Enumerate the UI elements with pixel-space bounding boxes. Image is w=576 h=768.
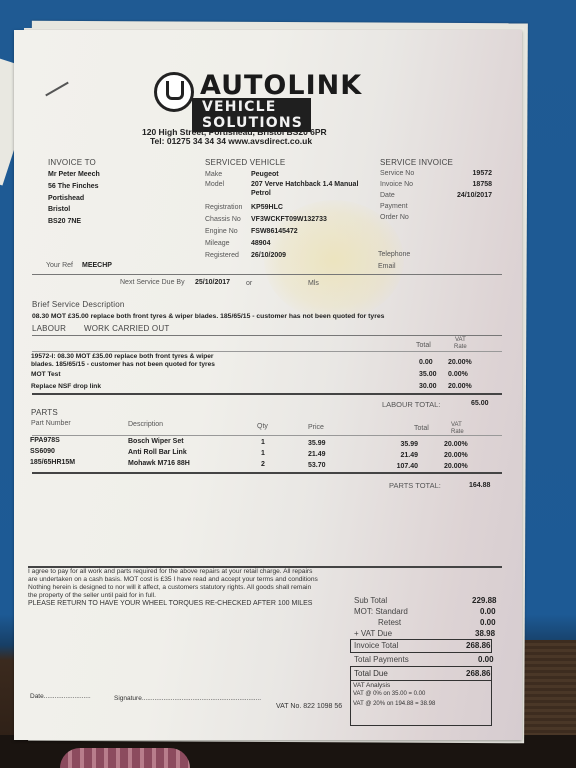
labour-col-vat: VAT [455,337,466,343]
labour-total: 30.00 [419,383,437,390]
vehicle-field-label: Registration [205,204,242,211]
parts-col-total: Total [414,425,429,432]
vehicle-field-label: Make [205,171,222,178]
customer-line: BS20 7NE [48,218,81,225]
parts-col-part-number: Part Number [31,420,71,427]
labour-description: Replace NSF drop link [31,383,101,390]
part-vat-rate: 20.00% [444,463,468,470]
invoice-sheet: AUTOLINK VEHICLE SOLUTIONS 120 High Stre… [14,30,522,740]
labour-col-total: Total [416,342,431,349]
brief-description-heading: Brief Service Description [32,300,125,309]
labour-vat-rate: 0.00% [448,371,468,378]
labour-total-value: 65.00 [471,400,489,407]
parts-col-description: Description [128,421,163,428]
parts-total-value: 164.88 [469,482,490,489]
vehicle-field-label: Model [205,181,224,188]
signature-line: Signature...............................… [114,695,261,702]
total-due-label: Total Due [354,669,388,678]
brief-description-text: 08.30 MOT £35.00 replace both front tyre… [32,313,384,320]
labour-total: 35.00 [419,371,437,378]
invoice-total-label: Invoice Total [354,641,398,650]
labour-col-vat-rate: Rate [454,344,467,350]
total-payments-value: 0.00 [478,655,494,664]
part-total: 21.49 [400,452,418,459]
labour-total: 0.00 [419,359,433,366]
part-number: 185/65HR15M [30,459,75,466]
telephone-label: Telephone [378,251,410,258]
parts-total-label: PARTS TOTAL: [389,481,441,490]
invoice-total-value: 268.86 [466,641,490,650]
service-invoice-heading: SERVICE INVOICE [380,158,453,167]
customer-line: 56 The Finches [48,183,99,190]
vehicle-field-label: Mileage [205,240,230,247]
labour-description: MOT Test [31,371,61,378]
service-field-label: Payment [380,203,408,210]
vehicle-field-value: Petrol [251,190,271,197]
part-qty: 1 [261,439,265,446]
part-description: Mohawk M716 88H [128,460,190,467]
terms-line: are undertaken on a cash basis. MOT cost… [28,576,318,584]
labour-vat-rate: 20.00% [448,383,472,390]
labour-total-label: LABOUR TOTAL: [382,400,440,409]
your-ref-label: Your Ref [46,262,73,269]
total-due-value: 268.86 [466,669,490,678]
part-vat-rate: 20.00% [444,441,468,448]
part-vat-rate: 20.00% [444,452,468,459]
parts-heading: PARTS [31,408,58,417]
invoice-to-heading: INVOICE TO [48,158,96,167]
vehicle-field-value: 26/10/2009 [251,252,286,259]
vehicle-field-value: FSW86145472 [251,228,298,235]
vehicle-field-label: Registered [205,252,239,259]
part-description: Anti Roll Bar Link [128,449,187,456]
customer-line: Mr Peter Meech [48,171,100,178]
service-field-value: 24/10/2017 [457,192,492,199]
service-field-label: Order No [380,214,409,221]
service-field-label: Invoice No [380,181,413,188]
company-name: AUTOLINK [200,70,362,101]
retest-value: 0.00 [480,618,496,627]
retest-label: Retest [378,618,401,627]
part-qty: 2 [261,461,265,468]
part-description: Bosch Wiper Set [128,438,184,445]
labour-vat-rate: 20.00% [448,359,472,366]
part-price: 35.99 [308,440,326,447]
part-number: SS6090 [30,448,55,455]
vat-analysis-heading: VAT Analysis [353,682,390,689]
company-contact: Tel: 01275 34 34 34 www.avsdirect.co.uk [150,136,312,146]
autolink-logo-icon [154,72,194,112]
customer-line: Bristol [48,206,70,213]
mot-standard-value: 0.00 [480,607,496,616]
terms-line: the property of the seller until paid fo… [28,592,156,600]
service-field-label: Date [380,192,395,199]
vat-analysis-line: VAT @ 20% on 194.88 = 38.98 [353,701,435,707]
divider [32,351,502,352]
parts-col-qty: Qty [257,423,268,430]
sub-total-value: 229.88 [472,596,496,605]
total-payments-label: Total Payments [354,655,409,664]
fabric-item [60,748,190,768]
mot-standard-label: MOT: Standard [354,607,408,616]
service-field-value: 19572 [473,170,492,177]
vehicle-field-value: 48904 [251,240,270,247]
email-label: Email [378,263,396,270]
part-price: 53.70 [308,462,326,469]
vehicle-field-label: Chassis No [205,216,241,223]
vat-due-value: 38.98 [475,629,495,638]
divider [32,393,502,395]
part-total: 107.40 [397,463,418,470]
staple-mark [45,82,69,97]
vehicle-field-value: 207 Verve Hatchback 1.4 Manual [251,181,358,188]
next-service-label: Next Service Due By [120,279,185,286]
vat-analysis-line: VAT @ 0% on 35.00 = 0.00 [353,691,425,697]
next-service-or: or [246,280,252,287]
next-service-date: 25/10/2017 [195,279,230,286]
labour-description: 19572-I: 08.30 MOT £35.00 replace both f… [31,353,214,360]
date-signature-line: Date.......................... [30,693,91,700]
part-qty: 1 [261,450,265,457]
parts-col-price: Price [308,424,324,431]
next-service-mls: Mls [308,280,319,287]
serviced-vehicle-heading: SERVICED VEHICLE [205,158,285,167]
labour-description: blades. 185/65/15 - customer has not bee… [31,361,215,368]
part-total: 35.99 [400,441,418,448]
divider [32,435,502,436]
your-ref-value: MEECHP [82,262,112,269]
terms-notice: PLEASE RETURN TO HAVE YOUR WHEEL TORQUES… [28,600,312,608]
labour-heading: LABOUR [32,324,66,333]
service-field-label: Service No [380,170,414,177]
service-field-value: 18758 [473,181,492,188]
work-carried-out-heading: WORK CARRIED OUT [84,324,169,333]
customer-line: Portishead [48,195,84,202]
vehicle-field-value: KP59HLC [251,204,283,211]
terms-line: Nothing herein is designed to nor will i… [28,584,311,592]
parts-col-vat: VAT [451,422,462,428]
vehicle-field-value: VF3WCKFT09W132733 [251,216,327,223]
vehicle-field-label: Engine No [205,228,238,235]
part-price: 21.49 [308,451,326,458]
terms-line: I agree to pay for all work and parts re… [28,568,312,576]
divider [32,274,502,275]
vehicle-field-value: Peugeot [251,171,279,178]
divider [32,472,502,474]
vat-number: VAT No. 822 1098 56 [276,703,342,710]
divider [32,335,502,336]
part-number: FPA978S [30,437,60,444]
sub-total-label: Sub Total [354,596,387,605]
vat-due-label: + VAT Due [354,629,392,638]
